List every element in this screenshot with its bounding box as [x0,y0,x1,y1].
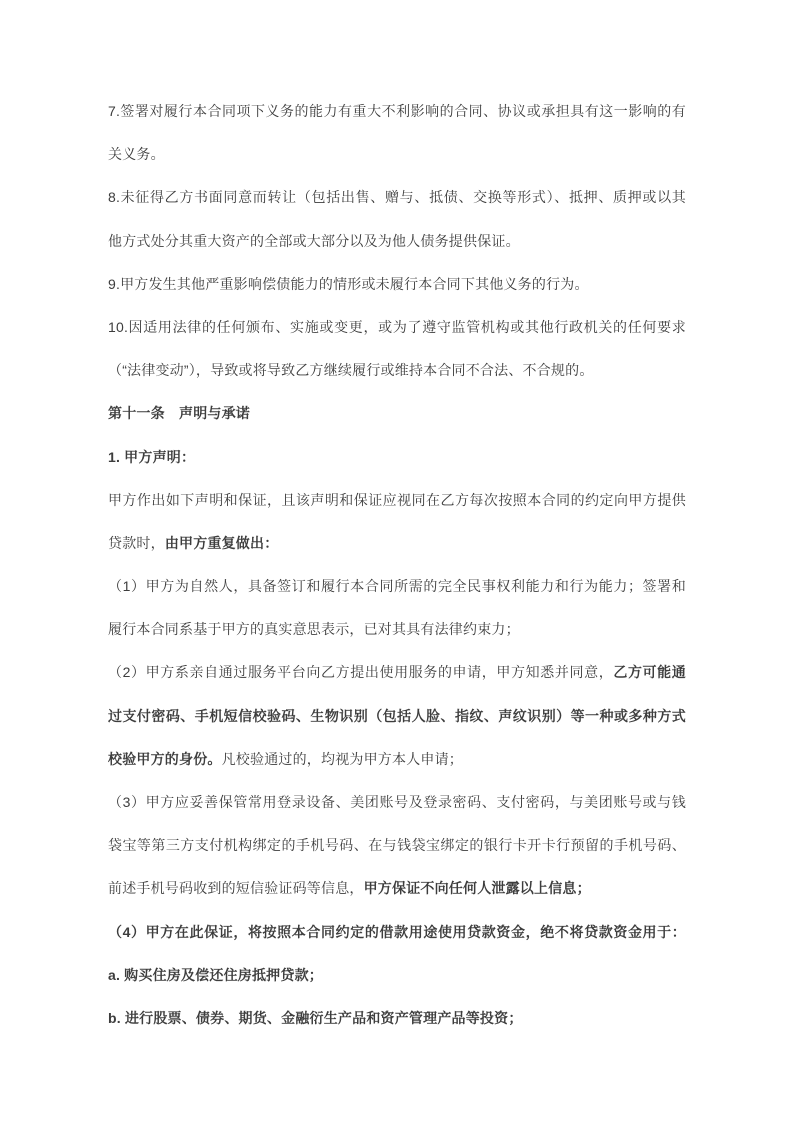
section-1-heading: 1. 甲方声明： [108,436,686,479]
declaration-item-3: （3）甲方应妥善保管常用登录设备、美团账号及登录密码、支付密码，与美团账号或与钱… [108,781,686,911]
text-line: 8.未征得乙方书面同意而转让（包括出售、赠与、抵债、交换等形式）、抵押、质押或以… [108,176,686,219]
text-line: 他方式处分其重大资产的全部或大部分以及为他人债务提供保证。 [108,220,686,263]
text-run: 8.未征得乙方书面同意而转让（包括出售、赠与、抵债、交换等形式）、抵押、质押或以… [108,189,686,205]
text-run: 袋宝等第三方支付机构绑定的手机号码、在与钱袋宝绑定的银行卡开卡行预留的手机号码、 [108,837,686,853]
text-line: （1）甲方为自然人，具备签订和履行本合同所需的完全民事权利能力和行为能力；签署和 [108,565,686,608]
text-run: 校验甲方的身份。 [108,751,222,767]
declaration-item-4b: b. 进行股票、债券、期货、金融衍生产品和资产管理产品等投资； [108,997,686,1040]
article-11-heading: 第十一条 声明与承诺 [108,392,686,435]
text-run: （2）甲方系亲自通过服务平台向乙方提出使用服务的申请，甲方知悉并同意， [108,664,613,680]
text-run: 甲方保证不向任何人泄露以上信息； [364,880,591,896]
text-run: a. 购买住房及偿还住房抵押贷款； [108,967,323,983]
clause-8: 8.未征得乙方书面同意而转让（包括出售、赠与、抵债、交换等形式）、抵押、质押或以… [108,176,686,262]
text-line: 前述手机号码收到的短信验证码等信息，甲方保证不向任何人泄露以上信息； [108,867,686,910]
text-run: 甲方作出如下声明和保证，且该声明和保证应视同在乙方每次按照本合同的约定向甲方提供 [108,492,686,508]
clause-7: 7.签署对履行本合同项下义务的能力有重大不利影响的合同、协议或承担具有这一影响的… [108,90,686,176]
text-line: b. 进行股票、债券、期货、金融衍生产品和资产管理产品等投资； [108,997,686,1040]
declaration-item-2: （2）甲方系亲自通过服务平台向乙方提出使用服务的申请，甲方知悉并同意，乙方可能通… [108,651,686,781]
declaration-item-4a: a. 购买住房及偿还住房抵押贷款； [108,954,686,997]
text-run: 10.因适用法律的任何颁布、实施或变更，或为了遵守监管机构或其他行政机关的任何要… [108,319,686,335]
text-line: 关义务。 [108,133,686,176]
text-line: 甲方作出如下声明和保证，且该声明和保证应视同在乙方每次按照本合同的约定向甲方提供 [108,479,686,522]
text-run: b. 进行股票、债券、期货、金融衍生产品和资产管理产品等投资； [108,1010,523,1026]
text-line: a. 购买住房及偿还住房抵押贷款； [108,954,686,997]
text-line: （3）甲方应妥善保管常用登录设备、美团账号及登录密码、支付密码，与美团账号或与钱 [108,781,686,824]
text-line: 过支付密码、手机短信校验码、生物识别（包括人脸、指纹、声纹识别）等一种或多种方式 [108,695,686,738]
declaration-item-1: （1）甲方为自然人，具备签订和履行本合同所需的完全民事权利能力和行为能力；签署和… [108,565,686,651]
text-run: 贷款时， [108,535,165,551]
clause-9: 9.甲方发生其他严重影响偿债能力的情形或未履行本合同下其他义务的行为。 [108,263,686,306]
text-line: 第十一条 声明与承诺 [108,392,686,435]
text-run: 7.签署对履行本合同项下义务的能力有重大不利影响的合同、协议或承担具有这一影响的… [108,103,686,119]
text-run: （3）甲方应妥善保管常用登录设备、美团账号及登录密码、支付密码，与美团账号或与钱 [108,794,686,810]
text-run: 关义务。 [108,146,165,162]
text-run: 履行本合同系基于甲方的真实意思表示，已对其具有法律约束力； [108,621,520,637]
text-run: 凡校验通过的，均视为甲方本人申请； [222,751,463,767]
text-run: 前述手机号码收到的短信验证码等信息， [108,880,364,896]
text-run: 9.甲方发生其他严重影响偿债能力的情形或未履行本合同下其他义务的行为。 [108,276,589,292]
text-run: （1）甲方为自然人，具备签订和履行本合同所需的完全民事权利能力和行为能力；签署和 [108,578,686,594]
text-line: （2）甲方系亲自通过服务平台向乙方提出使用服务的申请，甲方知悉并同意，乙方可能通 [108,651,686,694]
contract-page: 7.签署对履行本合同项下义务的能力有重大不利影响的合同、协议或承担具有这一影响的… [0,0,793,1122]
text-run: （4）甲方在此保证，将按照本合同约定的借款用途使用贷款资金，绝不将贷款资金用于： [108,924,686,940]
clause-10: 10.因适用法律的任何颁布、实施或变更，或为了遵守监管机构或其他行政机关的任何要… [108,306,686,392]
text-line: 校验甲方的身份。凡校验通过的，均视为甲方本人申请； [108,738,686,781]
text-run: 1. 甲方声明： [108,449,195,465]
text-line: （4）甲方在此保证，将按照本合同约定的借款用途使用贷款资金，绝不将贷款资金用于： [108,911,686,954]
text-line: 9.甲方发生其他严重影响偿债能力的情形或未履行本合同下其他义务的行为。 [108,263,686,306]
text-line: 履行本合同系基于甲方的真实意思表示，已对其具有法律约束力； [108,608,686,651]
text-run: （“法律变动”），导致或将导致乙方继续履行或维持本合同不合法、不合规的。 [108,362,594,378]
text-line: 1. 甲方声明： [108,436,686,479]
text-line: 袋宝等第三方支付机构绑定的手机号码、在与钱袋宝绑定的银行卡开卡行预留的手机号码、 [108,824,686,867]
text-run: 过支付密码、手机短信校验码、生物识别（包括人脸、指纹、声纹识别）等一种或多种方式 [108,708,686,724]
declaration-item-4: （4）甲方在此保证，将按照本合同约定的借款用途使用贷款资金，绝不将贷款资金用于： [108,911,686,954]
text-run: 第十一条 声明与承诺 [108,405,250,421]
text-line: 7.签署对履行本合同项下义务的能力有重大不利影响的合同、协议或承担具有这一影响的… [108,90,686,133]
text-line: （“法律变动”），导致或将导致乙方继续履行或维持本合同不合法、不合规的。 [108,349,686,392]
text-line: 10.因适用法律的任何颁布、实施或变更，或为了遵守监管机构或其他行政机关的任何要… [108,306,686,349]
text-run: 他方式处分其重大资产的全部或大部分以及为他人债务提供保证。 [108,233,520,249]
declaration-intro: 甲方作出如下声明和保证，且该声明和保证应视同在乙方每次按照本合同的约定向甲方提供… [108,479,686,565]
text-run: 乙方可能通 [613,664,686,680]
contract-body: 7.签署对履行本合同项下义务的能力有重大不利影响的合同、协议或承担具有这一影响的… [108,90,686,1040]
text-run: 由甲方重复做出： [165,535,279,551]
text-line: 贷款时，由甲方重复做出： [108,522,686,565]
